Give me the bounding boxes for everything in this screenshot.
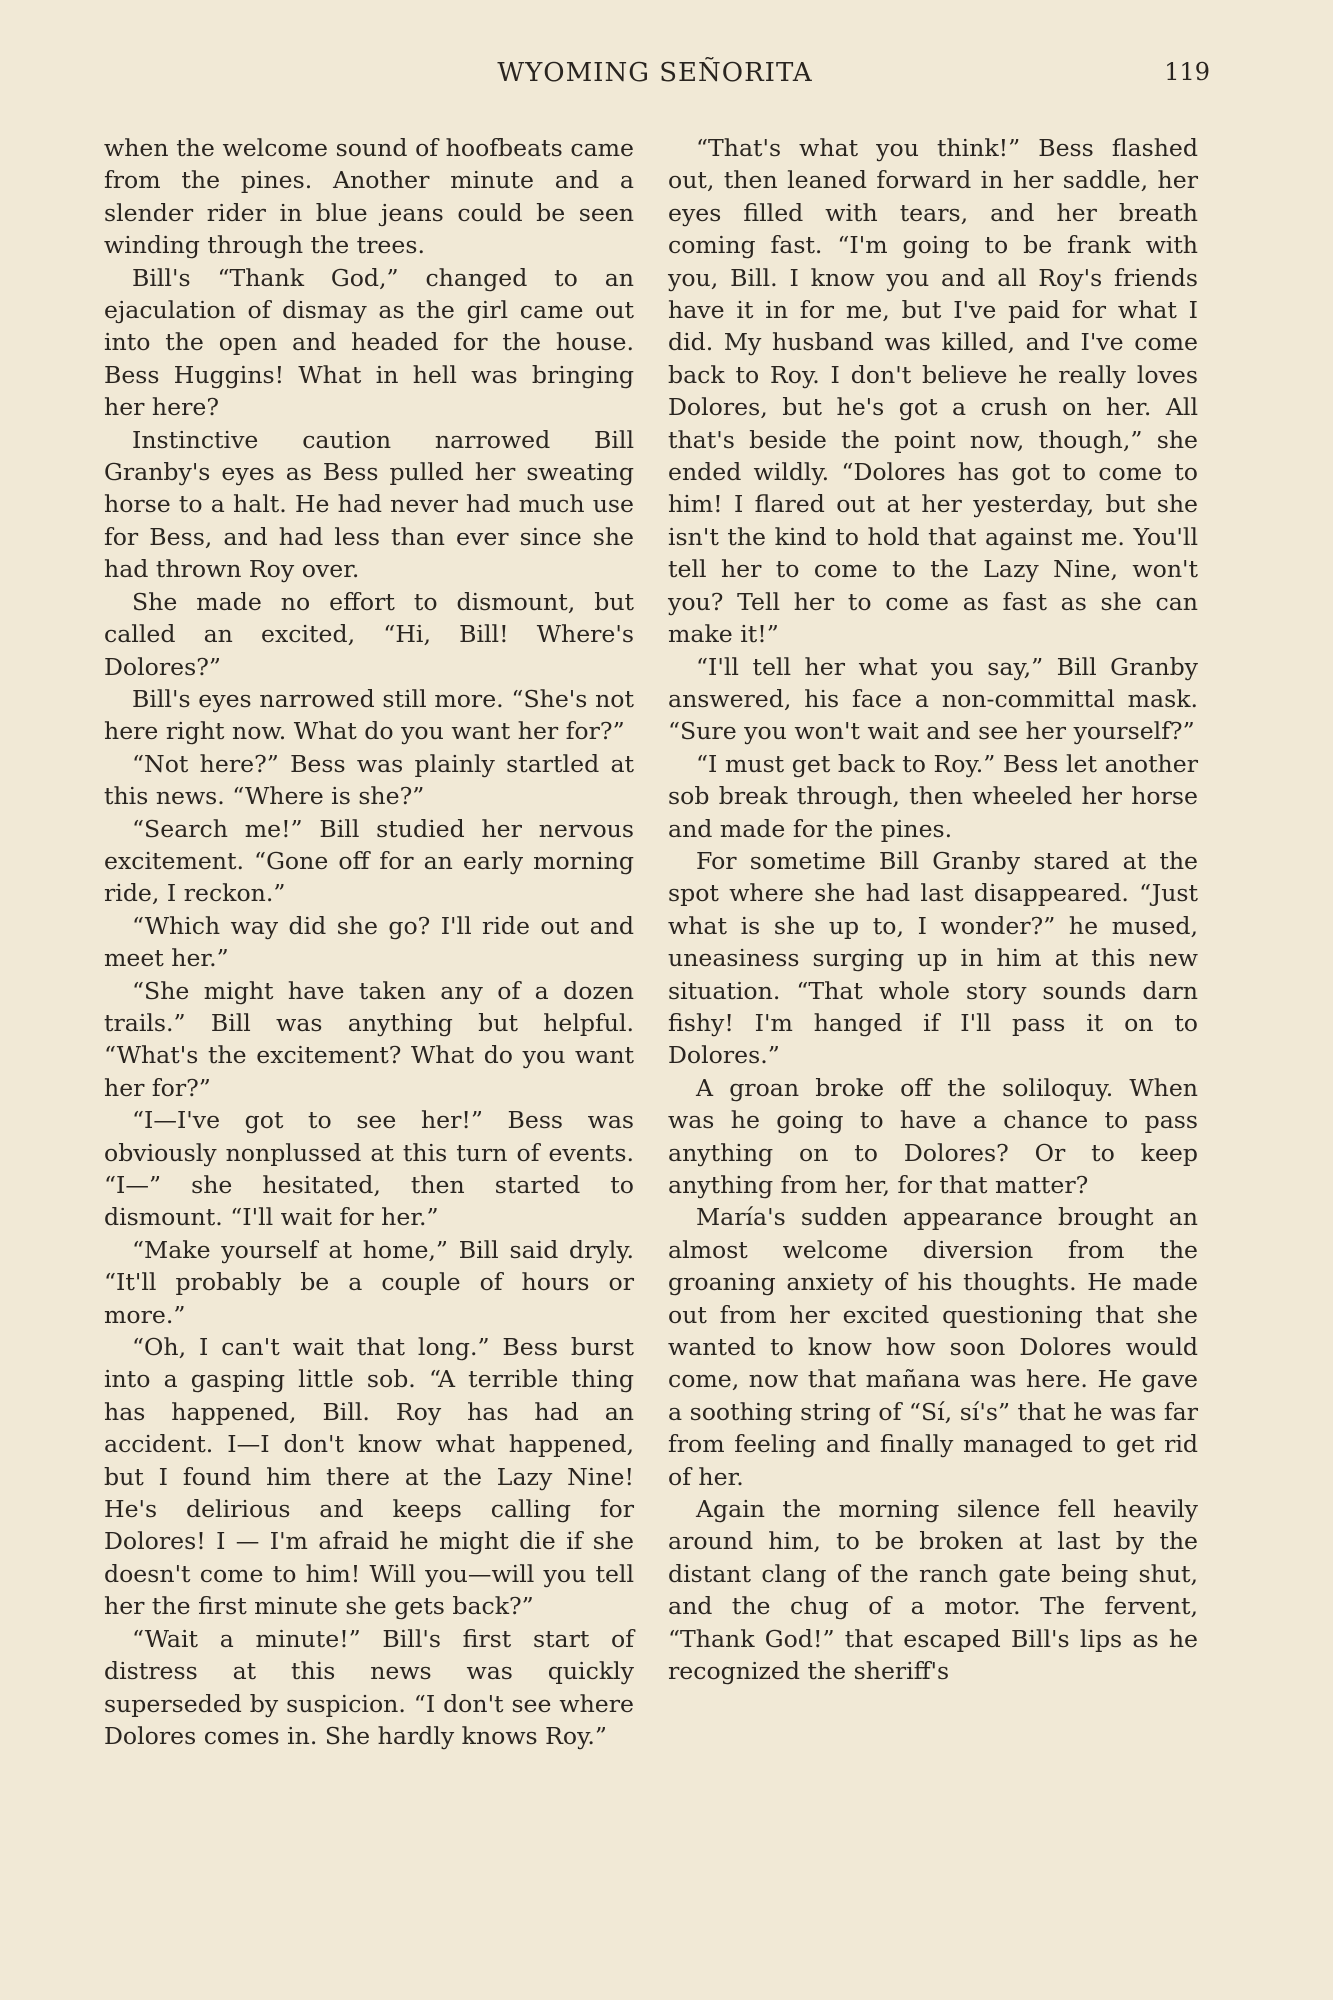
right-column: “That's what you think!” Bess flashed ou…	[668, 132, 1198, 1688]
paragraph: “Search me!” Bill studied her nervous ex…	[104, 813, 634, 910]
paragraph: “I must get back to Roy.” Bess let anoth…	[668, 748, 1198, 845]
paragraph: She made no effort to dismount, but call…	[104, 586, 634, 683]
running-title: WYOMING SEÑORITA	[100, 58, 1210, 88]
paragraph: Bill's eyes narrowed still more. “She's …	[104, 683, 634, 748]
paragraph: Instinctive caution narrowed Bill Granby…	[104, 424, 634, 586]
paragraph: “She might have taken any of a dozen tra…	[104, 975, 634, 1105]
paragraph: “Make yourself at home,” Bill said dryly…	[104, 1234, 634, 1331]
page-header: WYOMING SEÑORITA 119	[100, 58, 1210, 98]
paragraph: María's sudden appearance brought an alm…	[668, 1201, 1198, 1493]
paragraph: “Oh, I can't wait that long.” Bess burst…	[104, 1331, 634, 1623]
paragraph: “Wait a minute!” Bill's first start of d…	[104, 1623, 634, 1753]
paragraph: “Which way did she go? I'll ride out and…	[104, 910, 634, 975]
page-number: 119	[1164, 58, 1210, 86]
paragraph: when the welcome sound of hoofbeats came…	[104, 132, 634, 262]
paragraph: Again the morning silence fell heavily a…	[668, 1493, 1198, 1687]
paragraph: “Not here?” Bess was plainly startled at…	[104, 748, 634, 813]
left-column: when the welcome sound of hoofbeats came…	[104, 132, 634, 1752]
paragraph: “I—I've got to see her!” Bess was obviou…	[104, 1104, 634, 1234]
paragraph: For sometime Bill Granby stared at the s…	[668, 845, 1198, 1072]
paragraph: “That's what you think!” Bess flashed ou…	[668, 132, 1198, 651]
paragraph: Bill's “Thank God,” changed to an ejacul…	[104, 262, 634, 424]
paragraph: A groan broke off the soliloquy. When wa…	[668, 1072, 1198, 1202]
paragraph: “I'll tell her what you say,” Bill Granb…	[668, 651, 1198, 748]
